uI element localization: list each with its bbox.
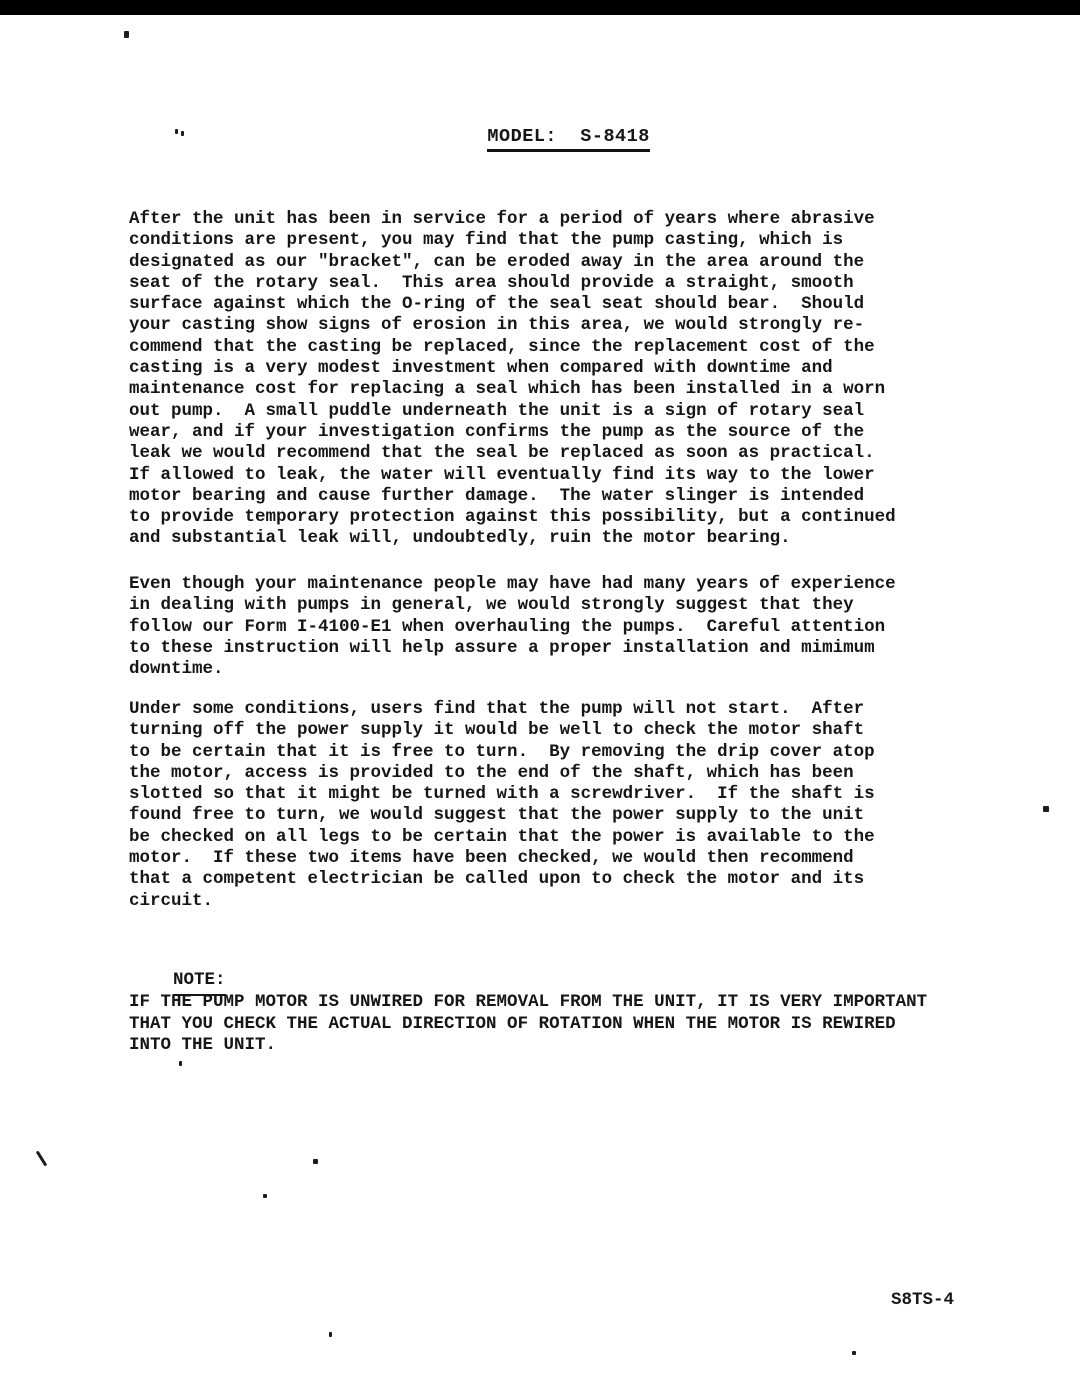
paragraph-service-wear: After the unit has been in service for a… <box>129 209 896 550</box>
scan-stroke-mark <box>36 1150 48 1166</box>
paragraph-maintenance-form: Even though your maintenance people may … <box>129 574 896 680</box>
scan-speck <box>263 1194 267 1198</box>
scan-speck <box>329 1332 332 1337</box>
note-body: IF THE PUMP MOTOR IS UNWIRED FOR REMOVAL… <box>129 992 927 1057</box>
document-number: S8TS-4 <box>891 1290 954 1310</box>
scan-speck <box>181 131 184 136</box>
scanned-document-page: MODEL: S-8418 After the unit has been in… <box>0 0 1080 1391</box>
scan-artifact-top-bar <box>0 0 1080 15</box>
scan-speck <box>124 31 129 38</box>
document-title: MODEL: S-8418 <box>441 107 650 172</box>
scan-speck <box>313 1159 318 1164</box>
scan-speck <box>852 1351 856 1355</box>
paragraph-troubleshooting: Under some conditions, users find that t… <box>129 699 875 912</box>
scan-speck <box>179 1061 182 1066</box>
scan-speck <box>175 129 178 134</box>
scan-speck <box>1043 806 1049 812</box>
document-title-text: MODEL: S-8418 <box>487 127 649 152</box>
